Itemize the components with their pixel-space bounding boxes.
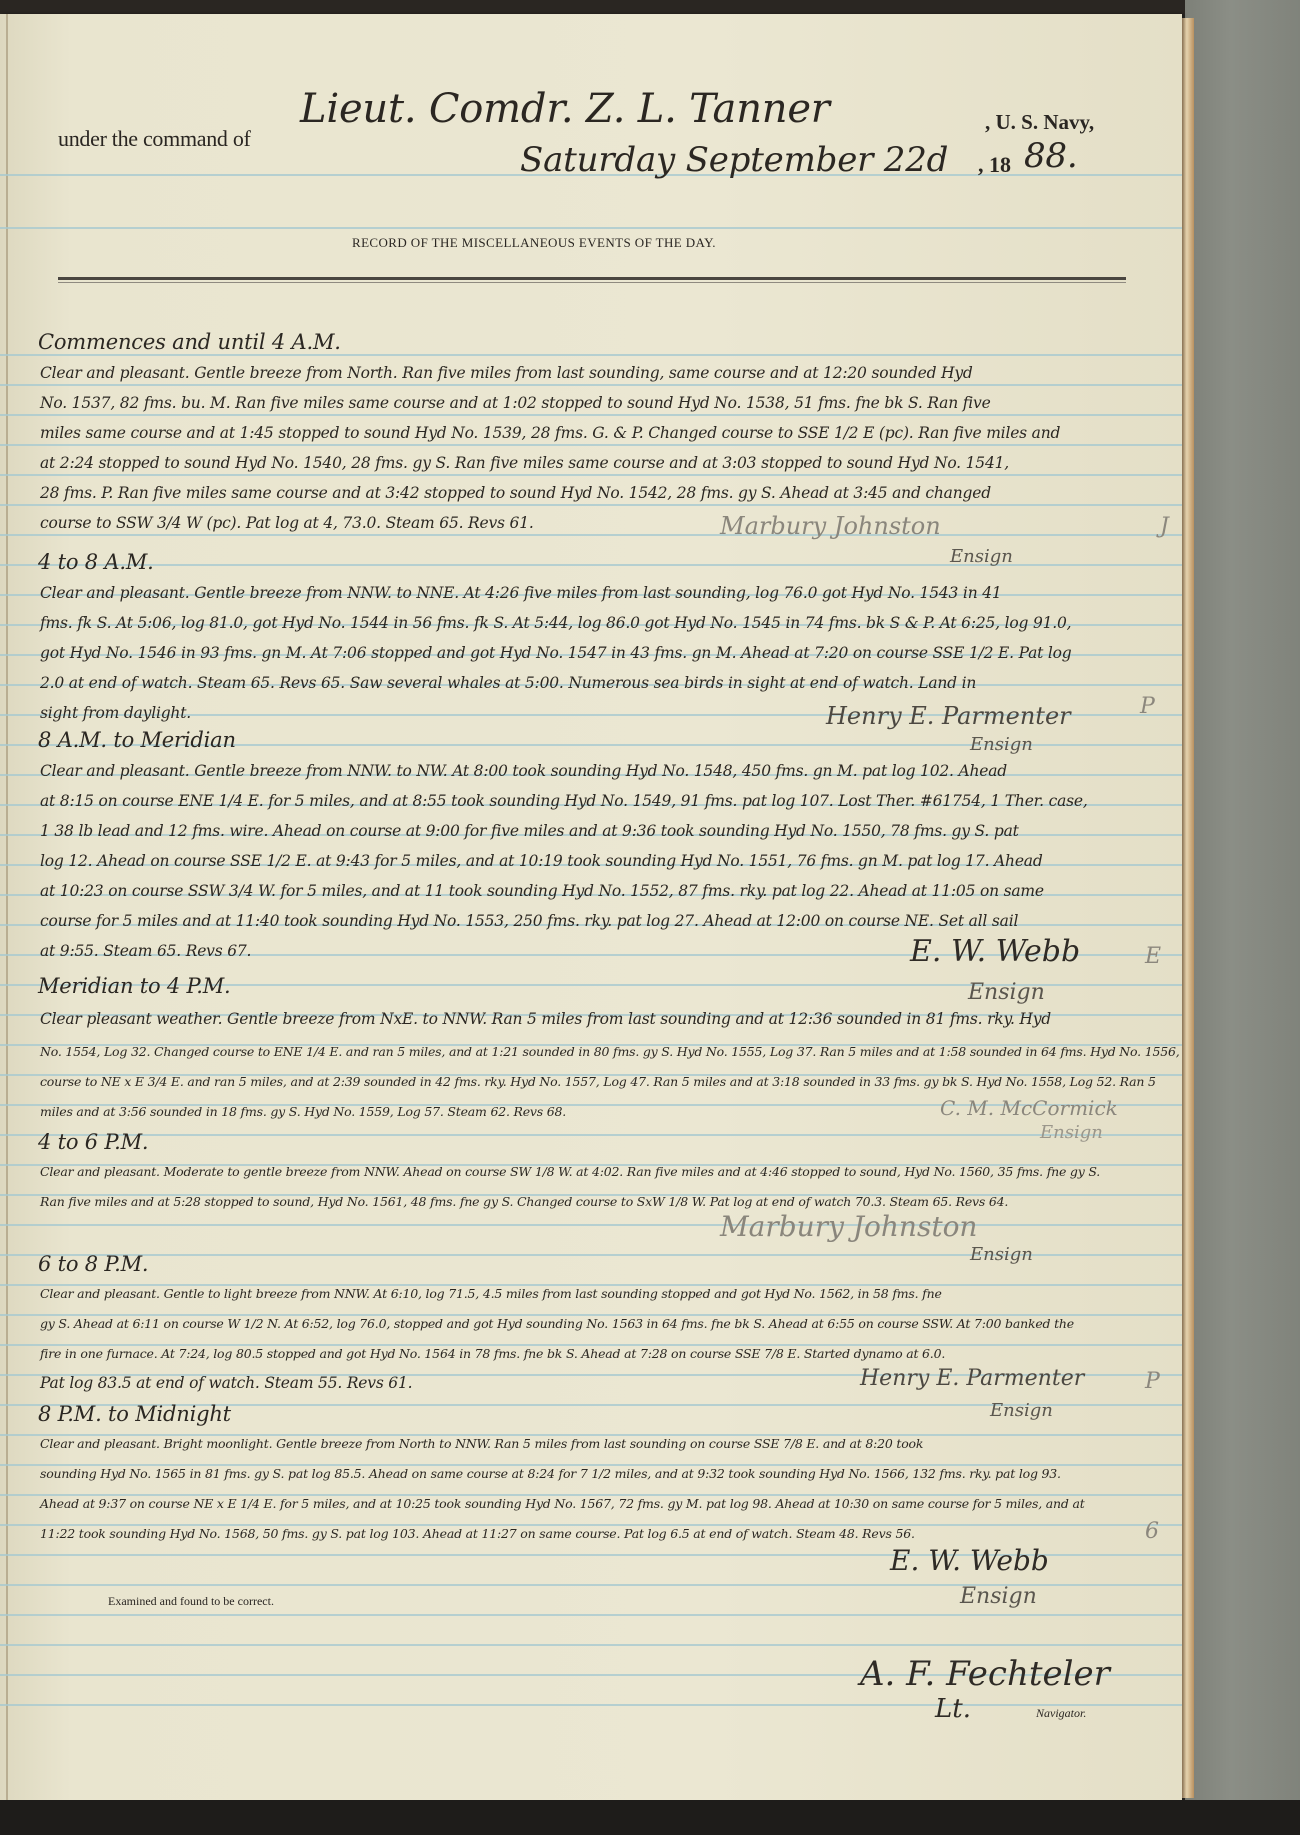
log-line: 2.0 at end of watch. Steam 65. Revs 65. … xyxy=(40,674,976,692)
margin-mark: E xyxy=(1145,944,1161,969)
log-line: at 2:24 stopped to sound Hyd No. 1540, 2… xyxy=(40,454,1009,472)
officer-signature: E. W. Webb xyxy=(910,934,1080,969)
watch-heading: 4 to 8 A.M. xyxy=(38,550,154,574)
watch-heading: Commences and until 4 A.M. xyxy=(38,330,341,354)
margin-mark: P xyxy=(1145,1369,1160,1394)
officer-signature: Henry E. Parmenter xyxy=(826,702,1071,730)
officer-signature: C. M. McCormick xyxy=(940,1096,1118,1120)
commander-name: Lieut. Comdr. Z. L. Tanner xyxy=(300,86,830,132)
navigator-label: Navigator. xyxy=(1036,1706,1086,1721)
log-line: course to SSW 3/4 W (pc). Pat log at 4, … xyxy=(40,514,534,532)
log-line: miles same course and at 1:45 stopped to… xyxy=(40,424,1060,442)
log-line: miles and at 3:56 sounded in 18 fms. gy … xyxy=(40,1104,566,1119)
log-line: Clear and pleasant. Gentle breeze from N… xyxy=(40,762,1007,780)
ruled-line xyxy=(0,354,1182,356)
watch-heading: 6 to 8 P.M. xyxy=(38,1252,148,1276)
log-line: at 8:15 on course ENE 1/4 E. for 5 miles… xyxy=(40,792,1088,810)
command-prefix: under the command of xyxy=(58,126,251,152)
log-line: sounding Hyd No. 1565 in 81 fms. gy S. p… xyxy=(40,1466,1061,1481)
ruled-line xyxy=(0,1224,1182,1226)
officer-signature: Marbury Johnston xyxy=(720,1210,977,1243)
log-date: Saturday September 22d xyxy=(520,140,948,180)
log-line: at 10:23 on course SSW 3/4 W. for 5 mile… xyxy=(40,882,1044,900)
log-line: fire in one furnace. At 7:24, log 80.5 s… xyxy=(40,1346,945,1361)
margin-mark: P xyxy=(1140,694,1155,719)
log-line: Pat log 83.5 at end of watch. Steam 55. … xyxy=(40,1374,412,1392)
book-cover-backdrop xyxy=(1185,0,1300,1835)
log-line: Clear pleasant weather. Gentle breeze fr… xyxy=(40,1010,1051,1028)
officer-signature: Marbury Johnston xyxy=(720,512,941,540)
ruled-line xyxy=(0,1644,1182,1646)
log-line: 1 38 lb lead and 12 fms. wire. Ahead on … xyxy=(40,822,1019,840)
logbook-page: under the command of Lieut. Comdr. Z. L.… xyxy=(0,14,1182,1800)
log-line: gy S. Ahead at 6:11 on course W 1/2 N. A… xyxy=(40,1316,1074,1331)
log-line: course to NE x E 3/4 E. and ran 5 miles,… xyxy=(40,1074,1156,1089)
log-line: Clear and pleasant. Bright moonlight. Ge… xyxy=(40,1436,923,1451)
year-prefix: , 18 xyxy=(978,152,1011,178)
officer-signature: E. W. Webb xyxy=(890,1544,1049,1577)
ruled-line xyxy=(0,227,1182,229)
header-rule xyxy=(58,277,1126,280)
ruled-line xyxy=(0,384,1182,386)
log-line: log 12. Ahead on course SSE 1/2 E. at 9:… xyxy=(40,852,1043,870)
page-edge xyxy=(1182,18,1194,1798)
watch-heading: Meridian to 4 P.M. xyxy=(38,974,231,998)
ruled-line xyxy=(0,414,1182,416)
ruled-line xyxy=(0,1614,1182,1616)
ruled-line xyxy=(0,1134,1182,1136)
officer-rank: Ensign xyxy=(968,980,1045,1005)
book-bottom-shadow xyxy=(0,1800,1300,1835)
log-line: sight from daylight. xyxy=(40,704,191,722)
officer-rank: Ensign xyxy=(960,1584,1037,1609)
log-line: No. 1537, 82 fms. bu. M. Ran five miles … xyxy=(40,394,991,412)
ruled-line xyxy=(0,504,1182,506)
ruled-line xyxy=(0,534,1182,536)
log-line: 11:22 took sounding Hyd No. 1568, 50 fms… xyxy=(40,1526,915,1541)
officer-rank: Ensign xyxy=(990,1400,1053,1421)
header-rule-thin xyxy=(58,282,1126,283)
margin-mark: J xyxy=(1160,514,1169,539)
log-line: Ahead at 9:37 on course NE x E 1/4 E. fo… xyxy=(40,1496,1085,1511)
examined-label: Examined and found to be correct. xyxy=(108,1594,274,1609)
year-value: 88. xyxy=(1024,136,1077,176)
navy-suffix: , U. S. Navy, xyxy=(985,110,1094,135)
log-line: got Hyd No. 1546 in 93 fms. gn M. At 7:0… xyxy=(40,644,1072,662)
watch-heading: 8 P.M. to Midnight xyxy=(38,1402,231,1426)
log-line: at 9:55. Steam 65. Revs 67. xyxy=(40,942,251,960)
officer-rank: Ensign xyxy=(950,546,1013,567)
log-line: Ran five miles and at 5:28 stopped to so… xyxy=(40,1194,1008,1209)
section-title: RECORD OF THE MISCELLANEOUS EVENTS OF TH… xyxy=(352,235,716,251)
binding-margin xyxy=(6,14,8,1800)
watch-heading: 8 A.M. to Meridian xyxy=(38,728,236,752)
log-line: 28 fms. P. Ran five miles same course an… xyxy=(40,484,991,502)
officer-rank: Ensign xyxy=(970,734,1033,755)
ruled-line xyxy=(0,474,1182,476)
navigator-rank-sub: Lt. xyxy=(935,1694,971,1724)
officer-rank: Ensign xyxy=(1040,1122,1103,1143)
margin-mark: 6 xyxy=(1145,1519,1159,1544)
ruled-line xyxy=(0,1704,1182,1706)
officer-signature: Henry E. Parmenter xyxy=(860,1366,1084,1391)
officer-rank: Ensign xyxy=(970,1244,1033,1265)
log-line: Clear and pleasant. Gentle to light bree… xyxy=(40,1286,942,1301)
log-line: Clear and pleasant. Gentle breeze from N… xyxy=(40,364,973,382)
log-line: course for 5 miles and at 11:40 took sou… xyxy=(40,912,1018,930)
watch-heading: 4 to 6 P.M. xyxy=(38,1130,148,1154)
log-line: Clear and pleasant. Moderate to gentle b… xyxy=(40,1164,1100,1179)
log-line: fms. fk S. At 5:06, log 81.0, got Hyd No… xyxy=(40,614,1071,632)
log-line: No. 1554, Log 32. Changed course to ENE … xyxy=(40,1044,1182,1059)
ruled-line xyxy=(0,444,1182,446)
navigator-signature: A. F. Fechteler xyxy=(860,1654,1110,1694)
log-line: Clear and pleasant. Gentle breeze from N… xyxy=(40,584,1002,602)
